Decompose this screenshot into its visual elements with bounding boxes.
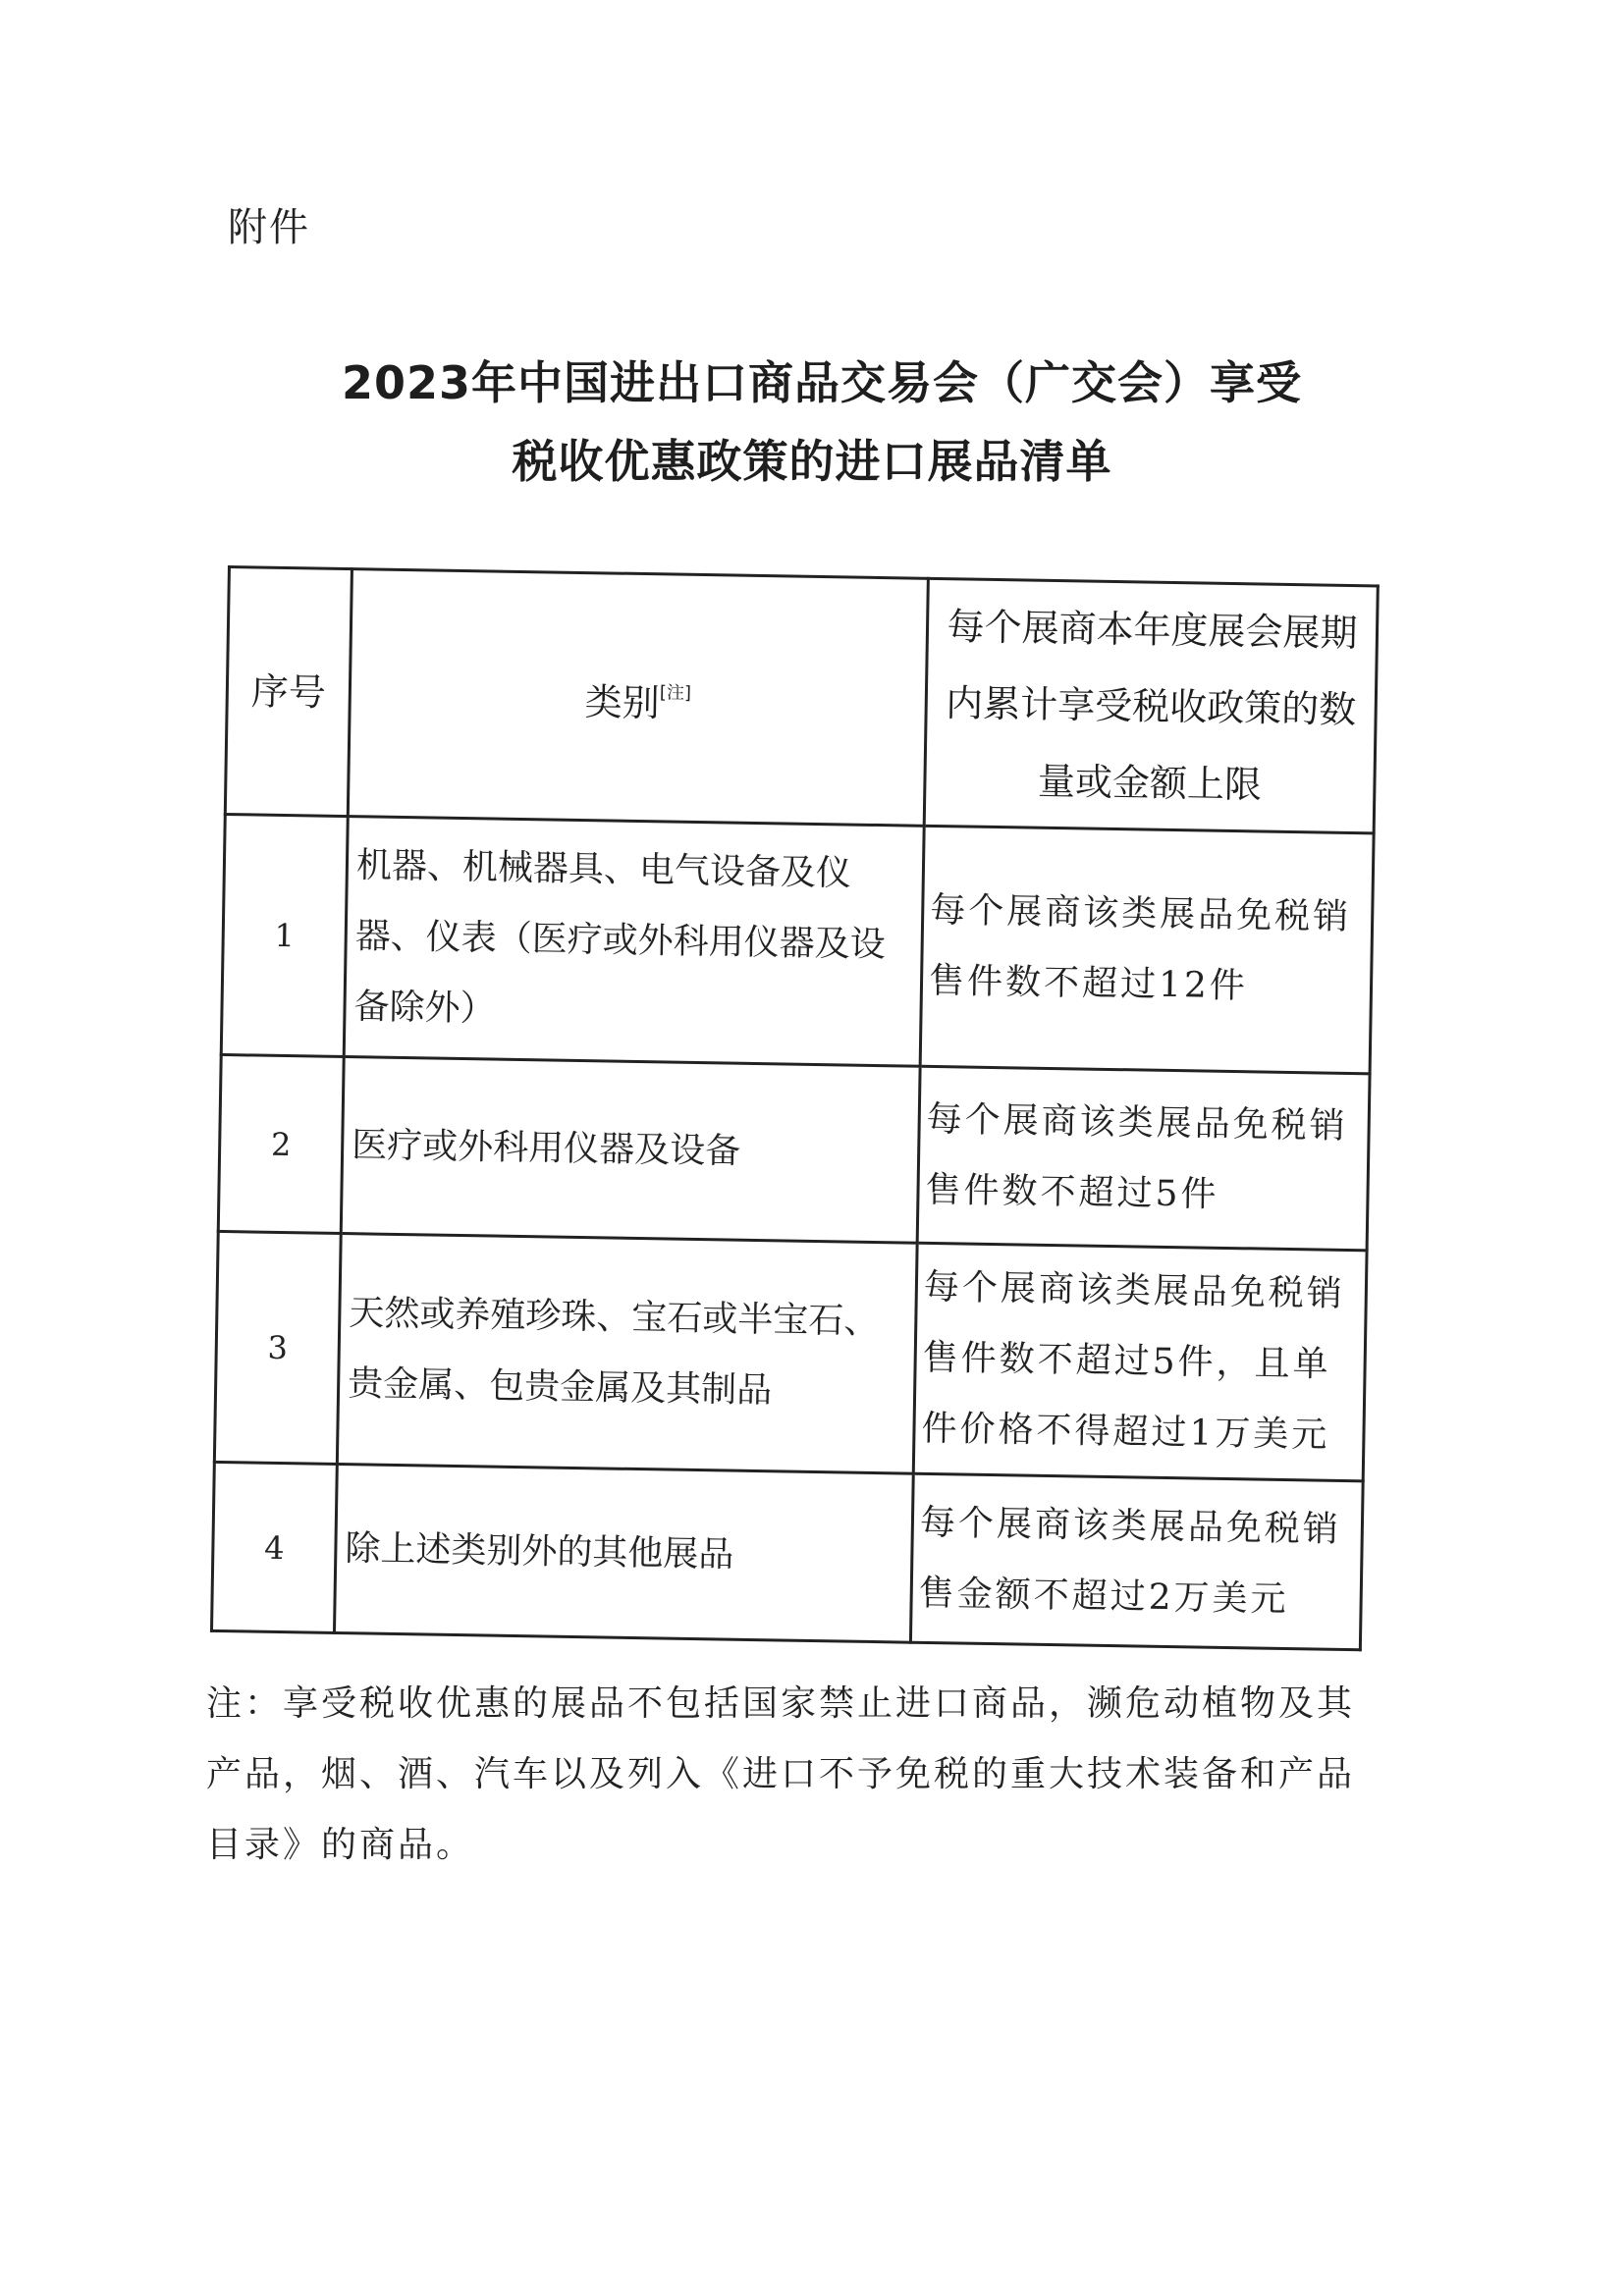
table-header-row: 序号 类别[注] 每个展商本年度展会展期内累计享受税收政策的数量或金额上限 — [225, 567, 1378, 833]
title-line-1: 2023年中国进出口商品交易会（广交会）享受 — [0, 344, 1624, 422]
header-category-label: 类别 — [584, 680, 660, 724]
row-category: 医疗或外科用仪器及设备 — [341, 1057, 920, 1244]
attachment-label: 附件 — [228, 196, 310, 252]
document-title: 2023年中国进出口商品交易会（广交会）享受 税收优惠政策的进口展品清单 — [0, 344, 1624, 501]
exhibit-list-table-container: 序号 类别[注] 每个展商本年度展会展期内累计享受税收政策的数量或金额上限 1 … — [210, 565, 1377, 1651]
header-category: 类别[注] — [348, 569, 928, 827]
footnote-mark: [注] — [660, 682, 691, 704]
row-category: 除上述类别外的其他展品 — [334, 1464, 913, 1642]
row-limit: 每个展商该类展品免税销售件数不超过5件，且单件价格不得超过1万美元 — [913, 1243, 1367, 1481]
header-index: 序号 — [225, 567, 352, 817]
table-row: 4 除上述类别外的其他展品 每个展商该类展品免税销售金额不超过2万美元 — [212, 1462, 1364, 1649]
row-index: 4 — [212, 1462, 338, 1632]
footnote: 注：享受税收优惠的展品不包括国家禁止进口商品，濒危动植物及其产品，烟、酒、汽车以… — [206, 1669, 1355, 1881]
header-limit-label: 每个展商本年度展会展期内累计享受税收政策的数量或金额上限 — [946, 605, 1358, 806]
row-index: 2 — [218, 1054, 344, 1233]
table-row: 1 机器、机械器具、电气设备及仪器、仪表（医疗或外科用仪器及设备除外） 每个展商… — [221, 814, 1374, 1073]
row-limit: 每个展商该类展品免税销售件数不超过12件 — [920, 826, 1374, 1074]
row-limit: 每个展商该类展品免税销售件数不超过5件 — [917, 1066, 1370, 1251]
exhibit-list-table: 序号 类别[注] 每个展商本年度展会展期内累计享受税收政策的数量或金额上限 1 … — [210, 565, 1380, 1651]
row-category: 机器、机械器具、电气设备及仪器、仪表（医疗或外科用仪器及设备除外） — [344, 817, 924, 1067]
header-index-label: 序号 — [251, 669, 327, 714]
table-row: 3 天然或养殖珍珠、宝石或半宝石、贵金属、包贵金属及其制品 每个展商该类展品免税… — [214, 1231, 1367, 1480]
table-row: 2 医疗或外科用仪器及设备 每个展商该类展品免税销售件数不超过5件 — [218, 1054, 1370, 1250]
row-index: 3 — [214, 1231, 341, 1464]
row-category: 天然或养殖珍珠、宝石或半宝石、贵金属、包贵金属及其制品 — [337, 1234, 917, 1474]
row-limit: 每个展商该类展品免税销售金额不超过2万美元 — [910, 1473, 1363, 1650]
header-limit: 每个展商本年度展会展期内累计享受税收政策的数量或金额上限 — [924, 578, 1378, 833]
title-line-2: 税收优惠政策的进口展品清单 — [0, 422, 1624, 501]
row-index: 1 — [221, 814, 348, 1056]
